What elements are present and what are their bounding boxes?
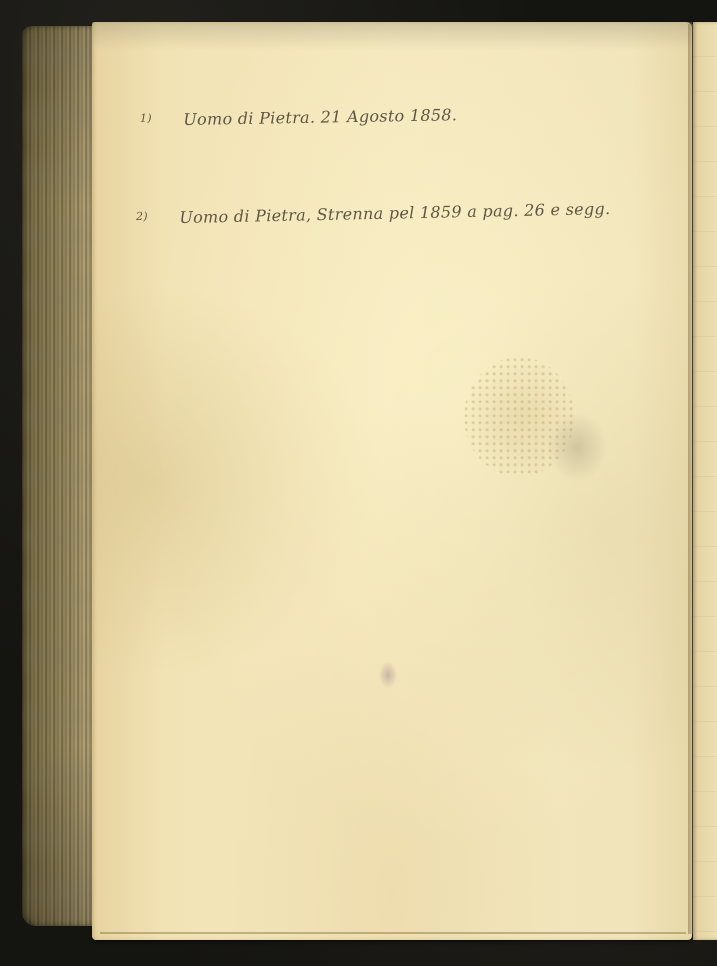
footnote-number: 1) [140,112,152,125]
facing-page-edge [693,22,717,940]
page-bottom-edge [100,932,686,934]
manuscript-page: 1) Uomo di Pietra. 21 Agosto 1858. 2) Uo… [92,22,692,940]
ink-stain [379,662,397,688]
footnote-2: 2) Uomo di Pietra, Strenna pel 1859 a pa… [136,199,611,228]
footnote-number: 2) [136,210,148,223]
top-water-stain [92,22,692,50]
smudge [547,412,607,482]
scanned-book-spread: 1) Uomo di Pietra. 21 Agosto 1858. 2) Uo… [0,0,717,966]
footnote-text: Uomo di Pietra, Strenna pel 1859 a pag. … [179,199,610,227]
page-block-fore-edge [22,26,98,926]
footnote-text: Uomo di Pietra. 21 Agosto 1858. [183,105,457,129]
footnote-1: 1) Uomo di Pietra. 21 Agosto 1858. [140,105,458,130]
